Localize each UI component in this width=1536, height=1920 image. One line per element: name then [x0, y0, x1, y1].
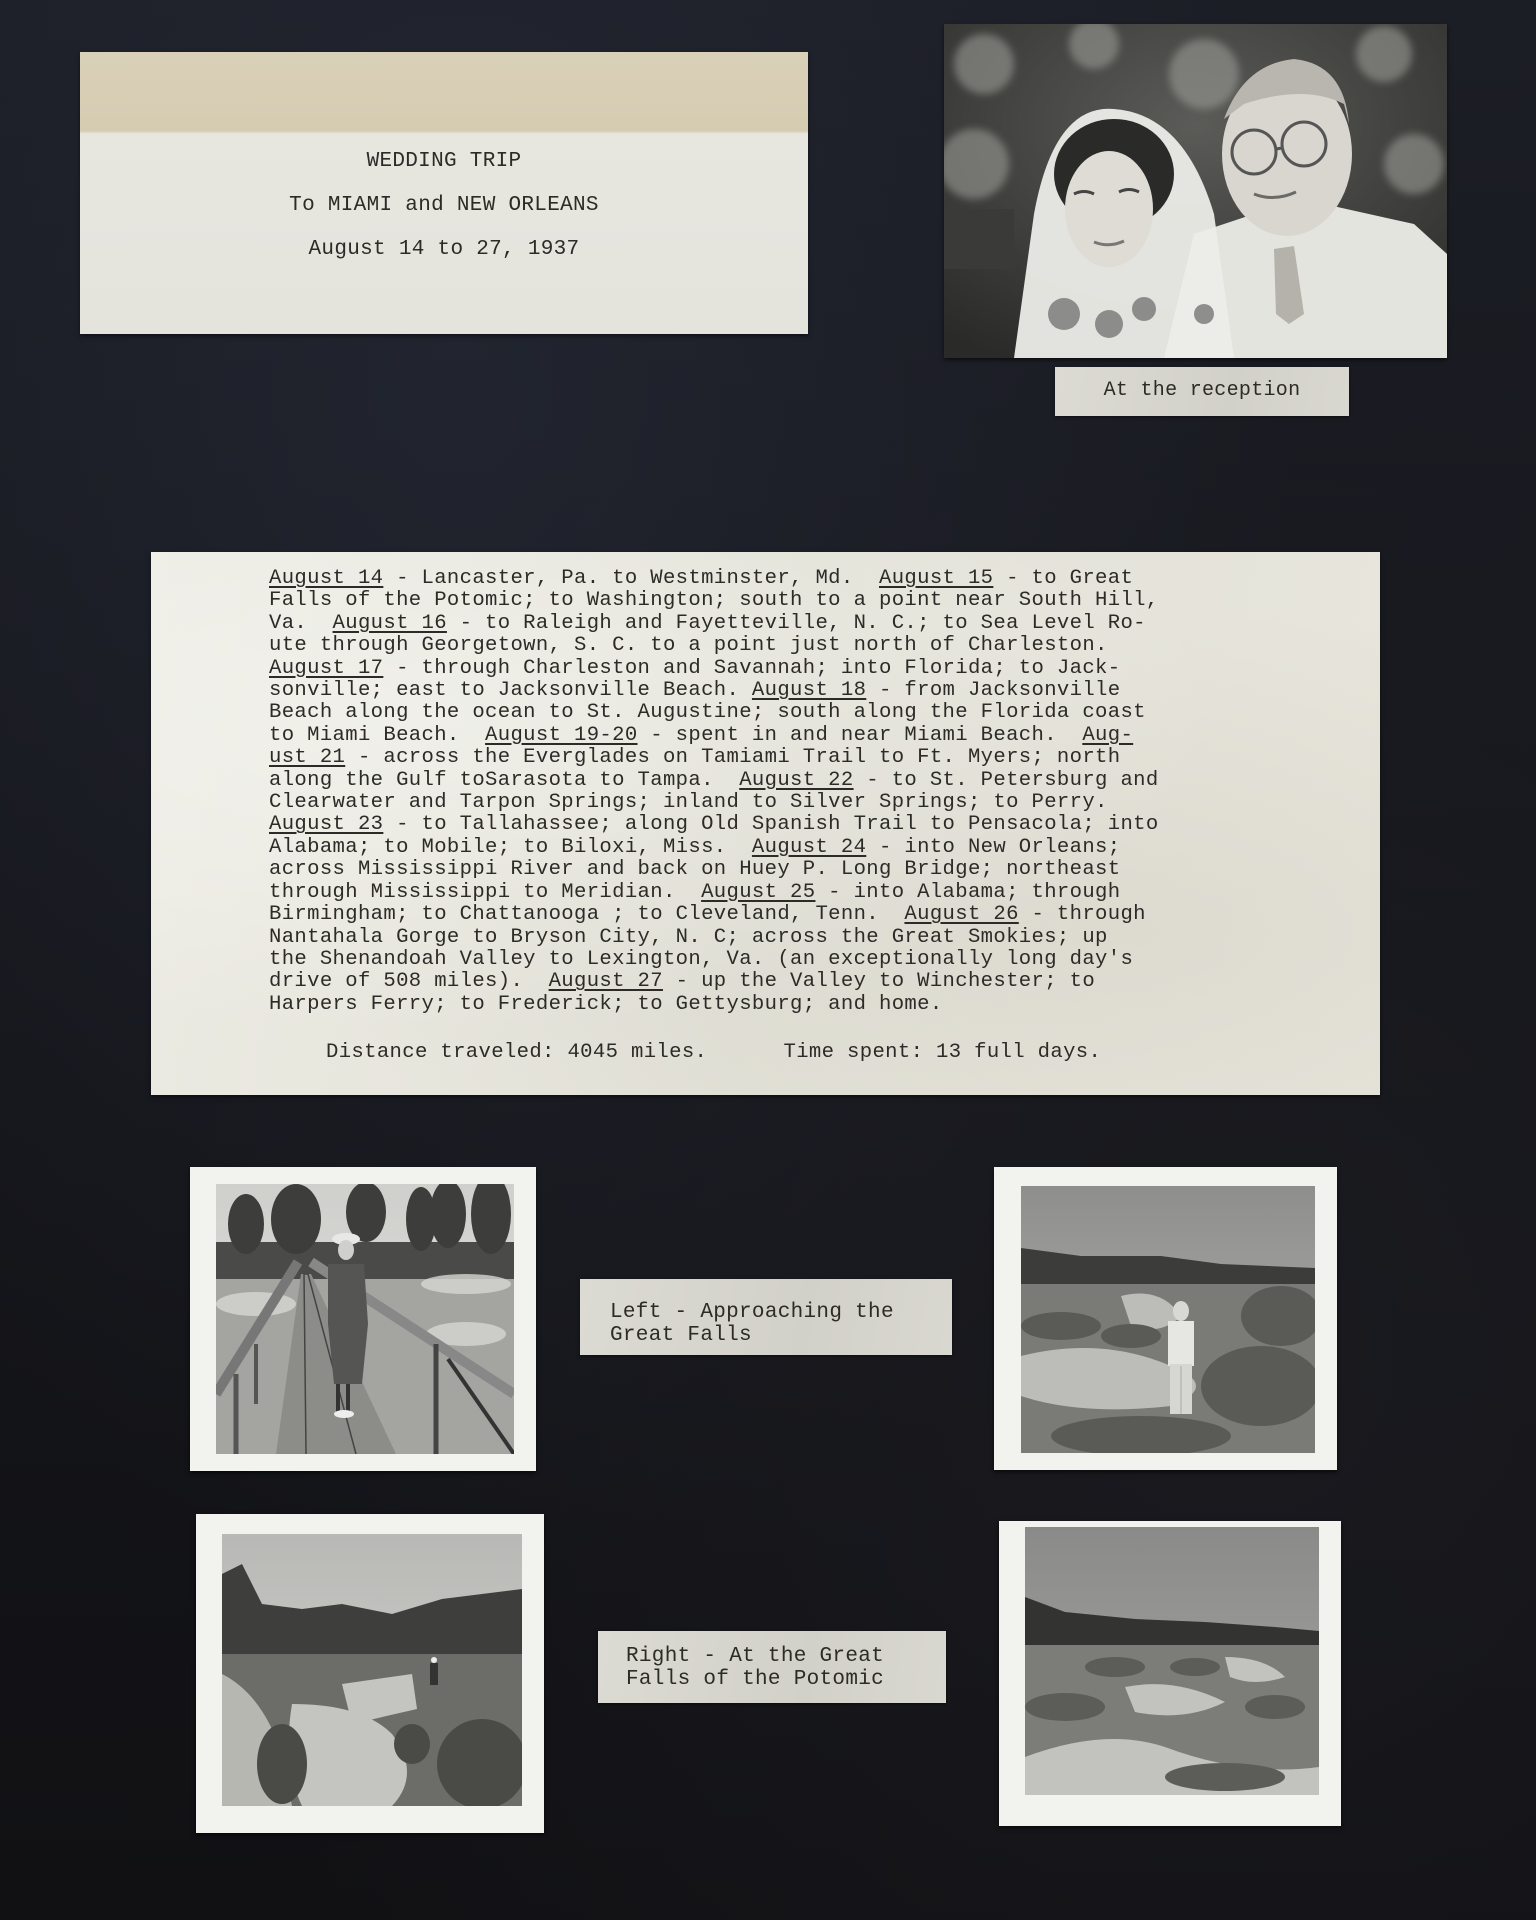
itinerary-text-segment: Falls of the Potomic; to Washington; sou…	[269, 589, 1159, 612]
itinerary-text-segment: - into New Orleans;	[866, 836, 1120, 859]
itinerary-text-segment: Alabama; to Mobile; to Biloxi, Miss.	[269, 836, 752, 859]
itinerary-date: August 19-20	[485, 724, 638, 747]
itinerary-text-segment: Va.	[269, 612, 333, 635]
itinerary-line: across Mississippi River and back on Hue…	[269, 859, 1329, 881]
itinerary-text-segment: Birmingham; to Chattanooga ; to Clevelan…	[269, 903, 904, 926]
itinerary-date: ust 21	[269, 746, 345, 769]
photo-man-at-falls[interactable]	[994, 1167, 1337, 1470]
couple-portrait-image	[944, 24, 1447, 358]
itinerary-line: ust 21 - across the Everglades on Tamiam…	[269, 747, 1329, 769]
itinerary-line: Alabama; to Mobile; to Biloxi, Miss. Aug…	[269, 837, 1329, 859]
caption-left-text: Left - Approaching the Great Falls	[610, 1301, 894, 1347]
itinerary-text-segment: Beach along the ocean to St. Augustine; …	[269, 701, 1146, 724]
itinerary-line: Va. August 16 - to Raleigh and Fayettevi…	[269, 613, 1329, 635]
itinerary-date: August 23	[269, 813, 383, 836]
title-line-2: To MIAMI and NEW ORLEANS	[80, 184, 808, 228]
title-line-3: August 14 to 27, 1937	[80, 228, 808, 272]
itinerary-line: ute through Georgetown, S. C. to a point…	[269, 635, 1329, 657]
reception-caption-text: At the reception	[1055, 379, 1349, 402]
reception-photo[interactable]	[944, 24, 1447, 358]
trip-totals: Distance traveled: 4045 miles. Time spen…	[326, 1041, 1101, 1064]
itinerary-text-segment: - spent in and near Miami Beach.	[638, 724, 1083, 747]
itinerary-text-segment: drive of 508 miles).	[269, 970, 549, 993]
itinerary-text-segment: - across the Everglades on Tamiami Trail…	[345, 746, 1120, 769]
itinerary-date: August 27	[549, 970, 663, 993]
itinerary-date: August 24	[752, 836, 866, 859]
caption-left: Left - Approaching the Great Falls	[580, 1279, 952, 1355]
itinerary-date: August 17	[269, 657, 383, 680]
itinerary-line: August 23 - to Tallahassee; along Old Sp…	[269, 814, 1329, 836]
itinerary-text-segment: through Mississippi to Meridian.	[269, 881, 701, 904]
itinerary-line: to Miami Beach. August 19-20 - spent in …	[269, 725, 1329, 747]
itinerary-text-segment: along the Gulf toSarasota to Tampa.	[269, 769, 739, 792]
itinerary-line: through Mississippi to Meridian. August …	[269, 882, 1329, 904]
itinerary-text-segment: - Lancaster, Pa. to Westminster, Md.	[383, 567, 879, 590]
itinerary-text-segment: the Shenandoah Valley to Lexington, Va. …	[269, 948, 1133, 971]
photo-rocky-path[interactable]	[196, 1514, 544, 1833]
reception-caption: At the reception	[1055, 367, 1349, 416]
itinerary-date: August 15	[879, 567, 993, 590]
itinerary-date: August 26	[904, 903, 1018, 926]
caption-right-text: Right - At the Great Falls of the Potomi…	[626, 1645, 884, 1691]
distance-traveled: Distance traveled: 4045 miles.	[326, 1041, 707, 1064]
itinerary-date: August 22	[739, 769, 853, 792]
man-falls-photo-image	[1021, 1186, 1315, 1453]
bridge-photo-image	[216, 1184, 514, 1454]
itinerary-date: August 14	[269, 567, 383, 590]
itinerary-line: Harpers Ferry; to Frederick; to Gettysbu…	[269, 994, 1329, 1016]
itinerary-text-segment: - from Jacksonville	[866, 679, 1120, 702]
itinerary-date: August 16	[333, 612, 447, 635]
itinerary-line: Beach along the ocean to St. Augustine; …	[269, 702, 1329, 724]
rapids-photo-image	[1025, 1527, 1319, 1795]
itinerary-line: along the Gulf toSarasota to Tampa. Augu…	[269, 770, 1329, 792]
title-line-1: WEDDING TRIP	[80, 140, 808, 184]
itinerary-line: Clearwater and Tarpon Springs; inland to…	[269, 792, 1329, 814]
title-card: WEDDING TRIP To MIAMI and NEW ORLEANS Au…	[80, 52, 808, 334]
itinerary-date: August 25	[701, 881, 815, 904]
photo-rapids[interactable]	[999, 1521, 1341, 1826]
itinerary-text-segment: - to Great	[993, 567, 1133, 590]
itinerary-text-segment: - to Tallahassee; along Old Spanish Trai…	[383, 813, 1158, 836]
itinerary-text-segment: Clearwater and Tarpon Springs; inland to…	[269, 791, 1108, 814]
itinerary-text-segment: across Mississippi River and back on Hue…	[269, 858, 1120, 881]
itinerary-text-segment: sonville; east to Jacksonville Beach.	[269, 679, 752, 702]
itinerary-text-segment: - into Alabama; through	[815, 881, 1120, 904]
itinerary-text-segment: - through Charleston and Savannah; into …	[383, 657, 1120, 680]
itinerary-text-segment: - up the Valley to Winchester; to	[663, 970, 1095, 993]
itinerary-text-segment: Nantahala Gorge to Bryson City, N. C; ac…	[269, 926, 1108, 949]
time-spent: Time spent: 13 full days.	[784, 1041, 1102, 1064]
itinerary-date: Aug-	[1082, 724, 1133, 747]
itinerary-line: the Shenandoah Valley to Lexington, Va. …	[269, 949, 1329, 971]
itinerary-text-segment: ute through Georgetown, S. C. to a point…	[269, 634, 1108, 657]
rocky-path-photo-image	[222, 1534, 522, 1806]
itinerary-line: Birmingham; to Chattanooga ; to Clevelan…	[269, 904, 1329, 926]
photo-bridge[interactable]	[190, 1167, 536, 1471]
itinerary-text-segment: - through	[1019, 903, 1146, 926]
itinerary-sheet: August 14 - Lancaster, Pa. to Westminste…	[151, 552, 1380, 1095]
itinerary-line: Falls of the Potomic; to Washington; sou…	[269, 590, 1329, 612]
itinerary-line: sonville; east to Jacksonville Beach. Au…	[269, 680, 1329, 702]
itinerary-text-segment: - to Raleigh and Fayetteville, N. C.; to…	[447, 612, 1146, 635]
itinerary-line: August 14 - Lancaster, Pa. to Westminste…	[269, 568, 1329, 590]
itinerary-text-segment: Harpers Ferry; to Frederick; to Gettysbu…	[269, 993, 943, 1016]
itinerary-line: drive of 508 miles). August 27 - up the …	[269, 971, 1329, 993]
itinerary-text-segment: - to St. Petersburg and	[854, 769, 1159, 792]
itinerary-text: August 14 - Lancaster, Pa. to Westminste…	[269, 568, 1329, 1016]
caption-right: Right - At the Great Falls of the Potomi…	[598, 1631, 946, 1703]
itinerary-line: August 17 - through Charleston and Savan…	[269, 658, 1329, 680]
itinerary-line: Nantahala Gorge to Bryson City, N. C; ac…	[269, 927, 1329, 949]
itinerary-text-segment: to Miami Beach.	[269, 724, 485, 747]
itinerary-date: August 18	[752, 679, 866, 702]
